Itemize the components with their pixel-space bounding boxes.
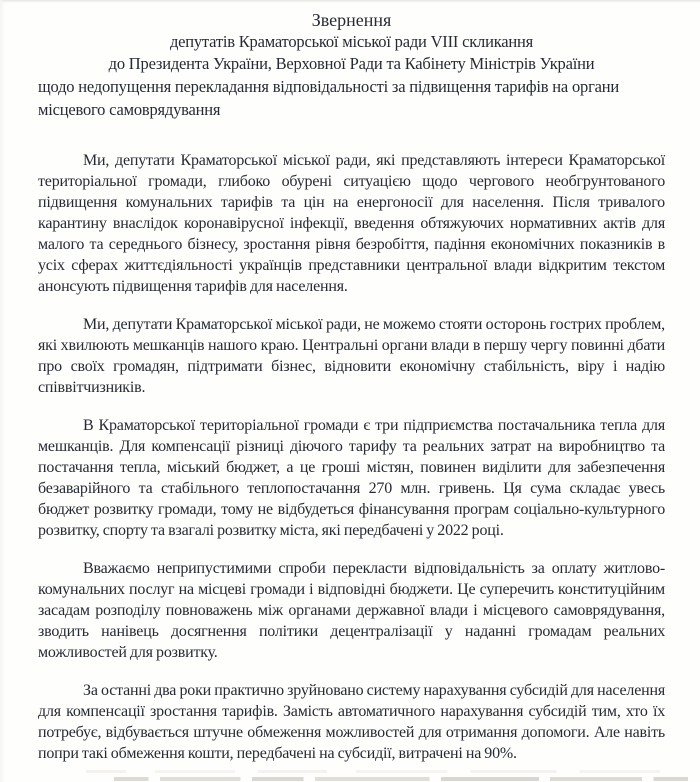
document-body: Ми, депутати Краматорської міської ради,…: [38, 150, 665, 764]
cutoff-text-ghost: [86, 770, 660, 773]
paragraph-5: За останні два роки практично зруйновано…: [38, 680, 665, 764]
document-heading: Звернення депутатів Краматорської місько…: [38, 9, 665, 121]
document-page: Звернення депутатів Краматорської місько…: [0, 0, 700, 782]
paragraph-2: Ми, депутати Краматорської міської ради,…: [38, 314, 665, 398]
heading-addressee-line-1: депутатів Краматорської міської ради VII…: [38, 31, 665, 53]
paragraph-1: Ми, депутати Краматорської міської ради,…: [38, 150, 665, 297]
paragraph-4: Вважаємо неприпустимими спроби перекласт…: [38, 558, 665, 663]
heading-addressee-line-2: до Президента України, Верховної Ради та…: [38, 53, 665, 75]
document-title: Звернення: [38, 9, 665, 31]
paragraph-3: В Краматорської територіальної громади є…: [38, 415, 665, 541]
screenshot-top-edge: [0, 0, 700, 3]
screenshot-left-edge: [0, 0, 5, 782]
heading-subject-line: щодо недопущення перекладання відповідал…: [38, 75, 665, 121]
cutoff-next-line-top: [114, 777, 688, 781]
